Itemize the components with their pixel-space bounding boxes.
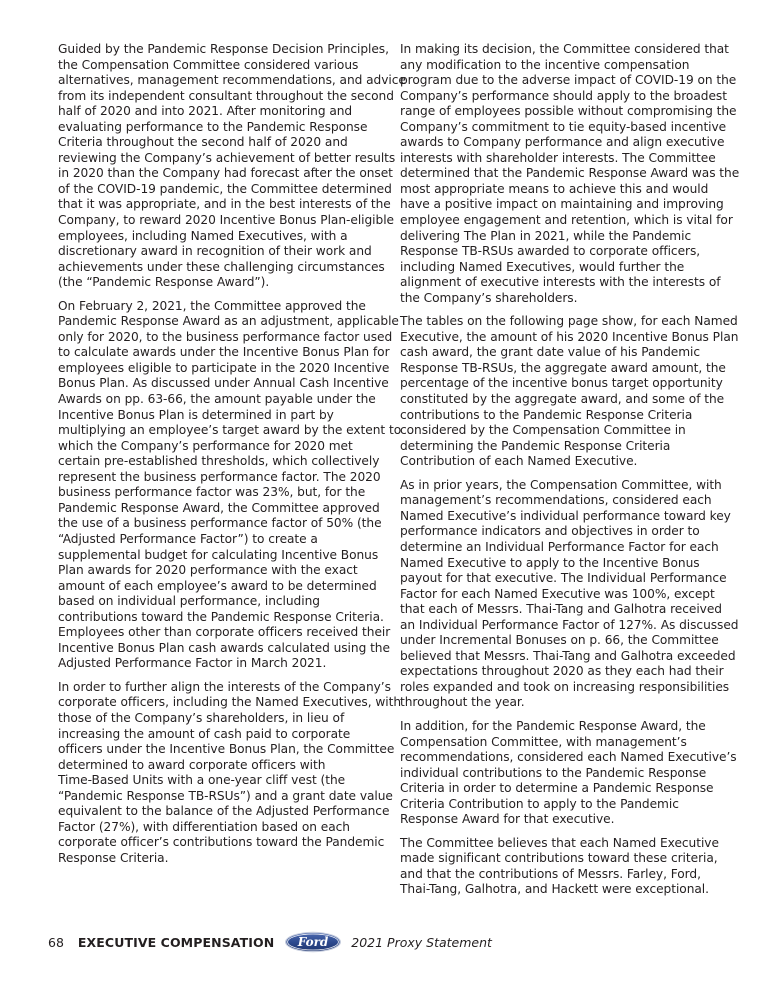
text-line: In making its decision, the Committee co… <box>400 42 728 58</box>
text-line: interests with shareholder interests. Th… <box>400 151 728 167</box>
text-line: payout for that executive. The Individua… <box>400 571 728 587</box>
text-line: represent the business performance facto… <box>58 470 386 486</box>
text-line: the use of a business performance factor… <box>58 516 386 532</box>
text-line: in 2020 than the Company had forecast af… <box>58 166 386 182</box>
text-line: alternatives, management recommendations… <box>58 73 386 89</box>
text-line: the Company’s shareholders. <box>400 291 728 307</box>
text-line: that each of Messrs. Thai-Tang and Galho… <box>400 602 728 618</box>
text-line: Incentive Bonus Plan is determined in pa… <box>58 408 386 424</box>
text-line: Company, to reward 2020 Incentive Bonus … <box>58 213 386 229</box>
text-line: employee engagement and retention, which… <box>400 213 728 229</box>
text-line: On February 2, 2021, the Committee appro… <box>58 299 386 315</box>
text-line: corporate officer’s contributions toward… <box>58 835 386 851</box>
text-line: awards to Company performance and align … <box>400 135 728 151</box>
text-line: those of the Company’s shareholders, in … <box>58 711 386 727</box>
text-line: considered by the Compensation Committee… <box>400 423 728 439</box>
text-line: have a positive impact on maintaining an… <box>400 197 728 213</box>
text-line: The Committee believes that each Named E… <box>400 836 728 852</box>
text-line: Factor (27%), with differentiation based… <box>58 820 386 836</box>
text-line: officers under the Incentive Bonus Plan,… <box>58 742 386 758</box>
paragraph-decision-rationale: In making its decision, the Committee co… <box>400 42 728 306</box>
text-line: under Incremental Bonuses on p. 66, the … <box>400 633 728 649</box>
text-line: Criteria in order to determine a Pandemi… <box>400 781 728 797</box>
text-line: that it was appropriate, and in the best… <box>58 197 386 213</box>
text-line: Plan awards for 2020 performance with th… <box>58 563 386 579</box>
left-column: Guided by the Pandemic Response Decision… <box>58 42 386 874</box>
text-line: Time-Based Units with a one-year cliff v… <box>58 773 386 789</box>
text-line: throughout the year. <box>400 695 728 711</box>
paragraph-tb-rsus: In order to further align the interests … <box>58 680 386 867</box>
text-line: and that the contributions of Messrs. Fa… <box>400 867 728 883</box>
svg-text:Ford: Ford <box>297 935 329 949</box>
text-line: employees eligible to participate in the… <box>58 361 386 377</box>
text-line: Factor for each Named Executive was 100%… <box>400 587 728 603</box>
text-line: Pandemic Response Award as an adjustment… <box>58 314 386 330</box>
text-line: cash award, the grant date value of his … <box>400 345 728 361</box>
text-line: amount of each employee’s award to be de… <box>58 579 386 595</box>
text-line: Response TB-RSUs awarded to corporate of… <box>400 244 728 260</box>
text-line: Adjusted Performance Factor in March 202… <box>58 656 386 672</box>
text-line: management’s recommendations, considered… <box>400 493 728 509</box>
text-line: multiplying an employee’s target award b… <box>58 423 386 439</box>
text-line: Contribution of each Named Executive. <box>400 454 728 470</box>
paragraph-exceptional-contributions: The Committee believes that each Named E… <box>400 836 728 898</box>
text-line: Awards on pp. 63-66, the amount payable … <box>58 392 386 408</box>
text-line: determine an Individual Performance Fact… <box>400 540 728 556</box>
text-line: Employees other than corporate officers … <box>58 625 386 641</box>
text-line: range of employees possible without comp… <box>400 104 728 120</box>
text-line: Thai-Tang, Galhotra, and Hackett were ex… <box>400 882 728 898</box>
text-line: In order to further align the interests … <box>58 680 386 696</box>
text-line: delivering The Plan in 2021, while the P… <box>400 229 728 245</box>
text-line: from its independent consultant througho… <box>58 89 386 105</box>
text-line: Response Criteria. <box>58 851 386 867</box>
text-line: increasing the amount of cash paid to co… <box>58 727 386 743</box>
text-line: determining the Pandemic Response Criter… <box>400 439 728 455</box>
text-line: equivalent to the balance of the Adjuste… <box>58 804 386 820</box>
paragraph-individual-performance: As in prior years, the Compensation Comm… <box>400 478 728 711</box>
text-line: Compensation Committee, with management’… <box>400 735 728 751</box>
text-line: only for 2020, to the business performan… <box>58 330 386 346</box>
text-line: percentage of the incentive bonus target… <box>400 376 728 392</box>
text-line: discretionary award in recognition of th… <box>58 244 386 260</box>
text-line: most appropriate means to achieve this a… <box>400 182 728 198</box>
text-line: supplemental budget for calculating Ince… <box>58 548 386 564</box>
text-line: Company’s commitment to tie equity-based… <box>400 120 728 136</box>
text-line: to calculate awards under the Incentive … <box>58 345 386 361</box>
text-line: any modification to the incentive compen… <box>400 58 728 74</box>
text-line: determined to award corporate officers w… <box>58 758 386 774</box>
text-line: employees, including Named Executives, w… <box>58 229 386 245</box>
text-line: individual contributions to the Pandemic… <box>400 766 728 782</box>
text-line: constituted by the aggregate award, and … <box>400 392 728 408</box>
text-line: alignment of executive interests with th… <box>400 275 728 291</box>
text-line: expectations throughout 2020 as they eac… <box>400 664 728 680</box>
text-line: The tables on the following page show, f… <box>400 314 728 330</box>
text-line: Response Award for that executive. <box>400 812 728 828</box>
text-line: “Adjusted Performance Factor”) to create… <box>58 532 386 548</box>
paragraph-award-approval: On February 2, 2021, the Committee appro… <box>58 299 386 672</box>
page-footer: 68 EXECUTIVE COMPENSATION Ford 2021 Prox… <box>48 932 492 952</box>
paragraph-pandemic-contribution: In addition, for the Pandemic Response A… <box>400 719 728 828</box>
right-column: In making its decision, the Committee co… <box>400 42 728 906</box>
text-line: recommendations, considered each Named E… <box>400 750 728 766</box>
text-line: half of 2020 and into 2021. After monito… <box>58 104 386 120</box>
text-line: Guided by the Pandemic Response Decision… <box>58 42 386 58</box>
text-line: In addition, for the Pandemic Response A… <box>400 719 728 735</box>
text-line: Named Executive’s individual performance… <box>400 509 728 525</box>
text-line: “Pandemic Response TB-RSUs”) and a grant… <box>58 789 386 805</box>
paragraph-tables-description: The tables on the following page show, f… <box>400 314 728 469</box>
text-line: performance indicators and objectives in… <box>400 524 728 540</box>
text-line: certain pre-established thresholds, whic… <box>58 454 386 470</box>
text-line: business performance factor was 23%, but… <box>58 485 386 501</box>
text-line: reviewing the Company’s achievement of b… <box>58 151 386 167</box>
text-line: evaluating performance to the Pandemic R… <box>58 120 386 136</box>
text-line: As in prior years, the Compensation Comm… <box>400 478 728 494</box>
text-line: of the COVID-19 pandemic, the Committee … <box>58 182 386 198</box>
paragraph-decision-principles: Guided by the Pandemic Response Decision… <box>58 42 386 291</box>
text-line: including Named Executives, would furthe… <box>400 260 728 276</box>
text-line: contributions to the Pandemic Response C… <box>400 408 728 424</box>
text-line: Response TB-RSUs, the aggregate award am… <box>400 361 728 377</box>
text-line: roles expanded and took on increasing re… <box>400 680 728 696</box>
text-line: the Compensation Committee considered va… <box>58 58 386 74</box>
text-line: Incentive Bonus Plan cash awards calcula… <box>58 641 386 657</box>
text-line: contributions toward the Pandemic Respon… <box>58 610 386 626</box>
section-title: EXECUTIVE COMPENSATION <box>78 935 274 950</box>
text-line: corporate officers, including the Named … <box>58 695 386 711</box>
text-line: Company’s performance should apply to th… <box>400 89 728 105</box>
document-title: 2021 Proxy Statement <box>351 935 492 950</box>
text-line: Bonus Plan. As discussed under Annual Ca… <box>58 376 386 392</box>
text-line: made significant contributions toward th… <box>400 851 728 867</box>
text-line: (the “Pandemic Response Award”). <box>58 275 386 291</box>
ford-logo-icon: Ford <box>284 931 342 953</box>
page-number: 68 <box>48 935 64 950</box>
text-line: an Individual Performance Factor of 127%… <box>400 618 728 634</box>
text-line: Criteria Contribution to apply to the Pa… <box>400 797 728 813</box>
text-line: Pandemic Response Award, the Committee a… <box>58 501 386 517</box>
text-line: program due to the adverse impact of COV… <box>400 73 728 89</box>
text-line: Criteria throughout the second half of 2… <box>58 135 386 151</box>
text-line: believed that Messrs. Thai-Tang and Galh… <box>400 649 728 665</box>
text-line: determined that the Pandemic Response Aw… <box>400 166 728 182</box>
text-line: Executive, the amount of his 2020 Incent… <box>400 330 728 346</box>
text-line: Named Executive to apply to the Incentiv… <box>400 556 728 572</box>
text-line: achievements under these challenging cir… <box>58 260 386 276</box>
text-line: which the Company’s performance for 2020… <box>58 439 386 455</box>
text-line: based on individual performance, includi… <box>58 594 386 610</box>
